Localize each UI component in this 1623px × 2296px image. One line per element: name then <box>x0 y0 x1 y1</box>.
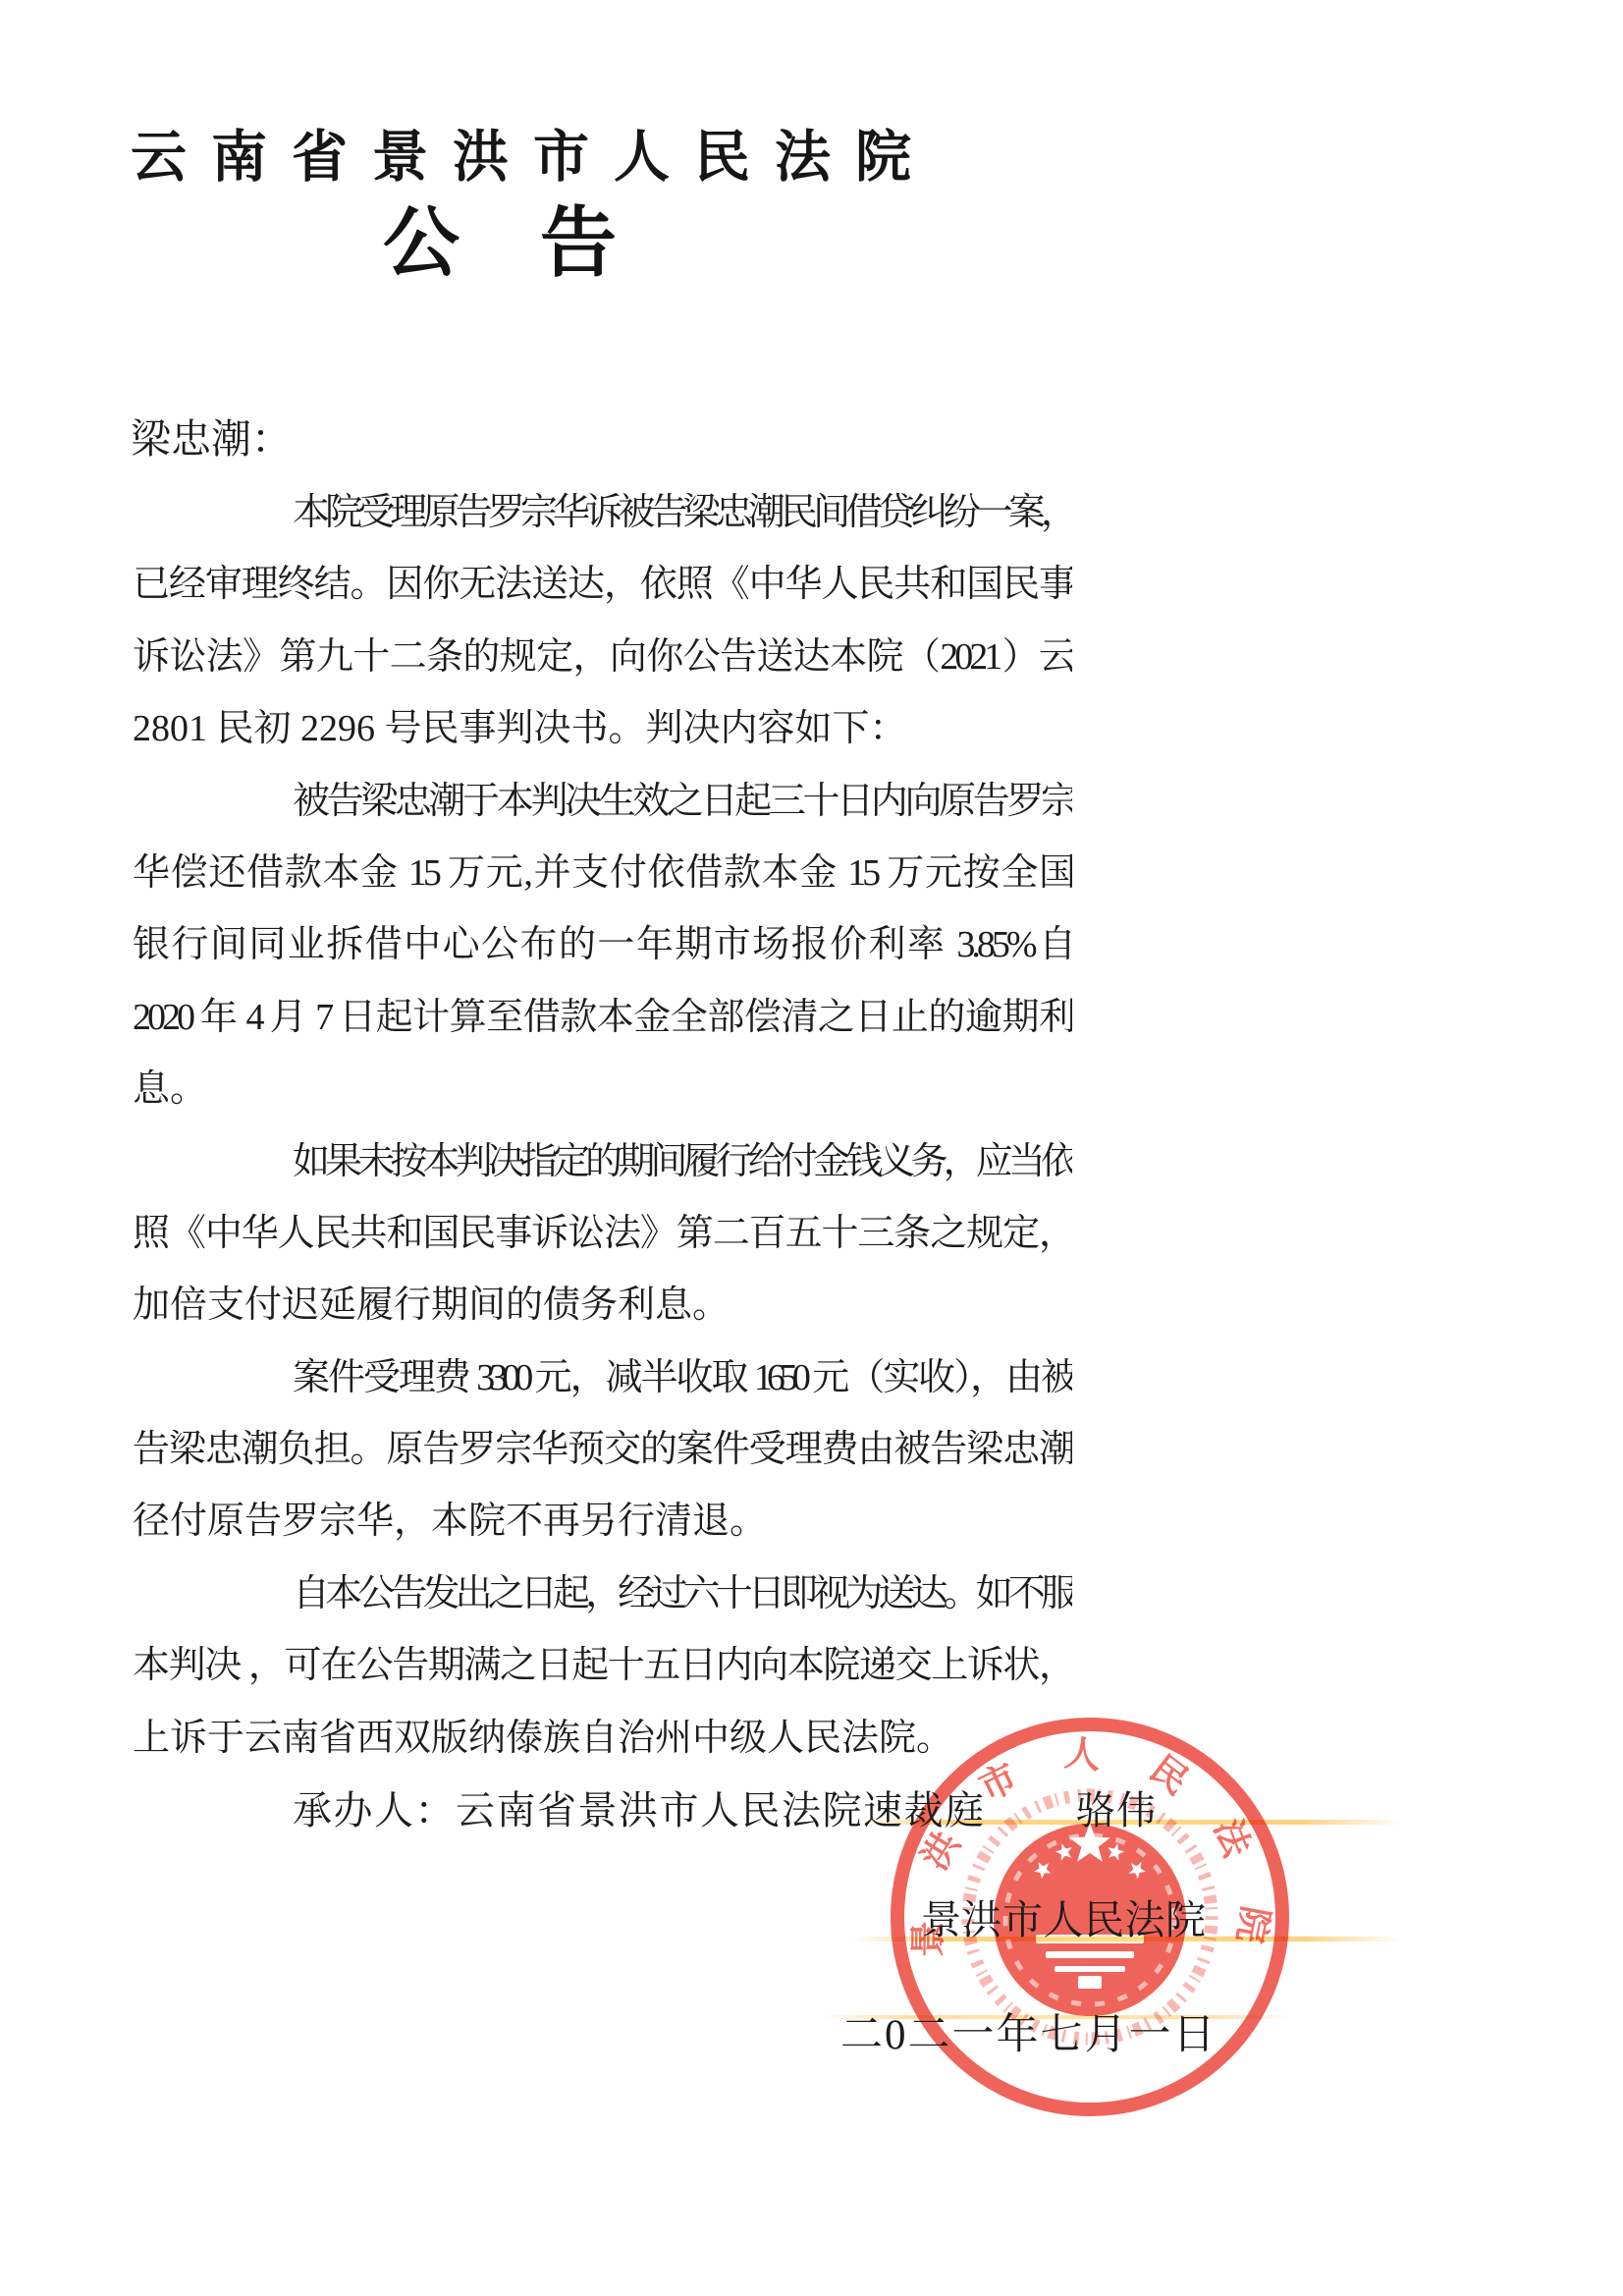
body-line: 已经审理终结。因你无法送达，依照《中华人民共和国民事 <box>133 549 1072 621</box>
handler-line: 承办人：云南省景洪市人民法院速裁庭 骆伟 <box>133 1775 1072 1846</box>
emblem-gate-band <box>1055 1966 1125 1972</box>
addressee-line: 梁忠潮： <box>131 409 292 469</box>
body-line: 照《中华人民共和国民事诉讼法》第二百五十三条之规定， <box>133 1198 1072 1270</box>
document-body: 本院受理原告罗宗华诉被告梁忠潮民间借贷纠纷一案，已经审理终结。因你无法送达，依照… <box>133 477 1072 1846</box>
body-line: 银行间同业拆借中心公布的一年期市场报价利率 3.85%自 <box>133 909 1072 981</box>
body-line: 华偿还借款本金 15 万元,并支付依借款本金 15 万元按全国 <box>133 838 1072 909</box>
signature-date-line: 二0二一年七月一日 <box>840 2005 1217 2066</box>
document-title: 公告 <box>383 200 697 285</box>
court-name-heading: 云南省景洪市人民法院 <box>131 126 936 189</box>
body-line: 2020 年 4 月 7 日起计算至借款本金全部偿清之日止的逾期利 <box>133 982 1072 1054</box>
body-paragraphs: 本院受理原告罗宗华诉被告梁忠潮民间借贷纠纷一案，已经审理终结。因你无法送达，依照… <box>133 477 1072 1775</box>
body-line: 被告梁忠潮于本判决生效之日起三十日内向原告罗宗 <box>133 766 1072 838</box>
body-line: 诉讼法》第九十二条的规定，向你公告送达本院（2021）云 <box>133 622 1072 693</box>
signature-court-line: 景洪市人民法院 <box>921 1889 1207 1950</box>
body-line: 本院受理原告罗宗华诉被告梁忠潮民间借贷纠纷一案， <box>133 477 1072 549</box>
body-line: 上诉于云南省西双版纳傣族自治州中级人民法院。 <box>133 1703 1072 1775</box>
document-page: 云南省景洪市人民法院 公告 梁忠潮： 本院受理原告罗宗华诉被告梁忠潮民间借贷纠纷… <box>0 0 1623 2296</box>
emblem-gate-opening <box>1078 1976 1102 1989</box>
body-line: 案件受理费 3300 元，减半收取 1650 元（实收），由被 <box>133 1342 1072 1414</box>
body-line: 如果未按本判决指定的期间履行给付金钱义务，应当依 <box>133 1126 1072 1198</box>
body-line: 告梁忠潮负担。原告罗宗华预交的案件受理费由被告梁忠潮 <box>133 1414 1072 1486</box>
body-line: 径付原告罗宗华，本院不再另行清退。 <box>133 1486 1072 1558</box>
body-line: 2801 民初 2296 号民事判决书。判决内容如下： <box>133 693 1072 765</box>
emblem-gate-band <box>1046 1951 1134 1958</box>
body-line: 自本公告发出之日起，经过六十日即视为送达。如不服 <box>133 1558 1072 1630</box>
body-line: 加倍支付迟延履行期间的债务利息。 <box>133 1270 1072 1341</box>
body-line: 本判决 ，可在公告期满之日起十五日内向本院递交上诉状， <box>133 1630 1072 1702</box>
body-line: 息。 <box>133 1054 1072 1125</box>
